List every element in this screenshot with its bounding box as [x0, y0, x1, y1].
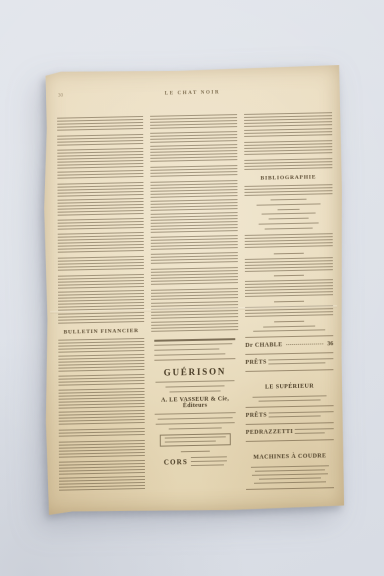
column-left: BULLETIN FINANCIER [57, 116, 145, 510]
text-block [245, 233, 333, 250]
text-block [245, 257, 333, 272]
text-block [246, 395, 334, 403]
book-listing [245, 198, 333, 226]
newspaper-photo: 30 LE CHAT NOIR BULLETIN FINANCIER GUÉRI… [43, 65, 344, 515]
ad-machines-word: MACHINES À COUDRE [253, 453, 326, 460]
ad-vasseur: A. LE VASSEUR & Cie, Éditeurs [152, 396, 239, 410]
rule [274, 301, 304, 303]
text-block [154, 343, 235, 357]
column-right: BIBLIOGRAPHIE Dr CHABLE 36 PRÊTS [244, 112, 334, 506]
column-center: GUÉRISON A. LE VASSEUR & Cie, Éditeurs C… [150, 114, 239, 508]
text-block [151, 380, 238, 389]
ad-superieur-word: LE SUPÉRIEUR [265, 384, 314, 391]
rule [246, 422, 334, 425]
rule [246, 439, 334, 442]
ad-chable-number: 36 [327, 341, 333, 347]
ad-pedrazzetti-word: PEDRAZZETTI [246, 429, 293, 436]
text-block [245, 279, 333, 298]
text-block [244, 112, 332, 171]
ad-prets-2: PRÊTS [246, 411, 334, 419]
text-block [58, 338, 145, 493]
ad-pedrazzetti: PEDRAZZETTI [246, 428, 334, 436]
text-block [191, 456, 227, 467]
ad-prets-2-word: PRÊTS [246, 413, 267, 419]
text-block [165, 436, 226, 443]
text-block [269, 411, 334, 418]
rule [246, 487, 334, 490]
text-block [152, 412, 239, 431]
ad-box [151, 335, 238, 364]
rule [245, 352, 333, 355]
text-block [244, 184, 332, 197]
section-heading-bulletin: BULLETIN FINANCIER [58, 328, 144, 336]
ad-cors: CORS [152, 456, 239, 468]
masthead-title: LE CHAT NOIR [43, 88, 342, 99]
ad-machines: MACHINES À COUDRE [246, 444, 334, 464]
ad-guerison: GUÉRISON [151, 366, 238, 378]
rule [154, 358, 235, 361]
section-heading-bibliographie: BIBLIOGRAPHIE [244, 174, 332, 182]
dotted-leader [287, 343, 324, 345]
text-block [150, 114, 238, 334]
ad-chable: Dr CHABLE 36 [245, 341, 333, 349]
rule [246, 405, 334, 408]
newspaper-page: 30 LE CHAT NOIR BULLETIN FINANCIER GUÉRI… [43, 65, 344, 515]
ad-prets-1-word: PRÊTS [245, 360, 266, 366]
text-block [57, 116, 144, 325]
text-block [245, 227, 333, 232]
rule [245, 369, 333, 372]
rule [274, 253, 304, 255]
imprint-lines [245, 325, 333, 333]
rule [274, 321, 304, 323]
text-block [152, 390, 239, 394]
rule [274, 275, 304, 277]
rule [181, 451, 211, 453]
rule [245, 335, 333, 338]
ad-mini-box [160, 433, 231, 446]
ad-cors-word: CORS [164, 458, 188, 466]
text-block [295, 428, 334, 435]
text-block [246, 465, 334, 485]
rule [154, 338, 235, 342]
ad-superieur: LE SUPÉRIEUR [245, 374, 333, 394]
text-block [245, 305, 333, 318]
text-block [269, 358, 334, 365]
ad-chable-name: Dr CHABLE [245, 342, 282, 349]
ad-prets-1: PRÊTS [245, 358, 333, 366]
